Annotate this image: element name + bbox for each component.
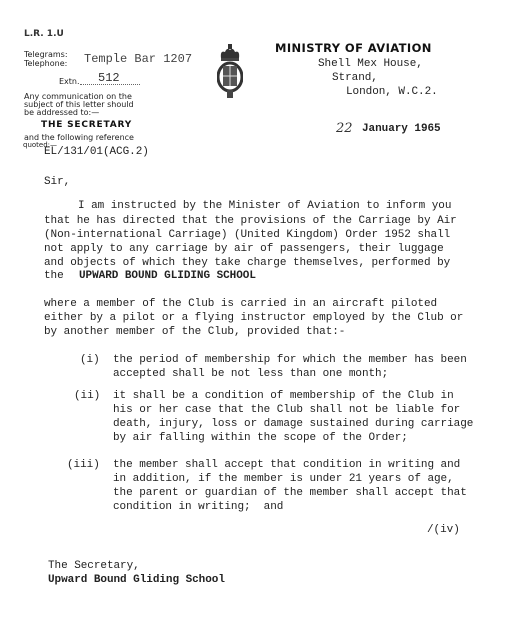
condition-line: condition in writing; and bbox=[113, 500, 283, 516]
condition-number: (ii) bbox=[74, 389, 100, 405]
reference-number: EL/131/01(ACG.2) bbox=[44, 145, 149, 161]
ministry-name: MINISTRY OF AVIATION bbox=[275, 41, 432, 55]
school-name: UPWARD BOUND GLIDING SCHOOL bbox=[79, 269, 256, 285]
recipient-line: Upward Bound Gliding School bbox=[48, 573, 225, 589]
school-prefix: the bbox=[44, 269, 64, 285]
condition-line: accepted shall be not less than one mont… bbox=[113, 367, 388, 383]
date-day: 22 bbox=[336, 121, 353, 136]
salutation: Sir, bbox=[44, 175, 70, 191]
continuation-marker: /(iv) bbox=[427, 523, 460, 539]
communication-note-3: be addressed to:— bbox=[24, 108, 99, 117]
address-line-3: London, W.C.2. bbox=[346, 85, 438, 101]
extension-number: 512 bbox=[98, 71, 120, 85]
condition-number: (i) bbox=[80, 353, 100, 369]
condition-line: by air falling within the scope of the O… bbox=[113, 431, 408, 447]
condition-number: (iii) bbox=[67, 458, 100, 474]
telegrams-label: Telegrams: bbox=[24, 50, 68, 59]
form-reference: L.R. 1.U bbox=[24, 29, 64, 39]
extension-label: Extn. bbox=[59, 77, 80, 86]
addressee-title: THE SECRETARY bbox=[41, 120, 132, 130]
paragraph2-line: by another member of the Club, provided … bbox=[44, 325, 345, 341]
paragraph1-line: I am instructed by the Minister of Aviat… bbox=[78, 199, 451, 215]
telephone-label: Telephone: bbox=[24, 59, 67, 68]
telephone-number: Temple Bar 1207 bbox=[84, 52, 192, 66]
royal-crest-icon bbox=[217, 44, 243, 100]
date-month-year: January 1965 bbox=[362, 122, 441, 138]
